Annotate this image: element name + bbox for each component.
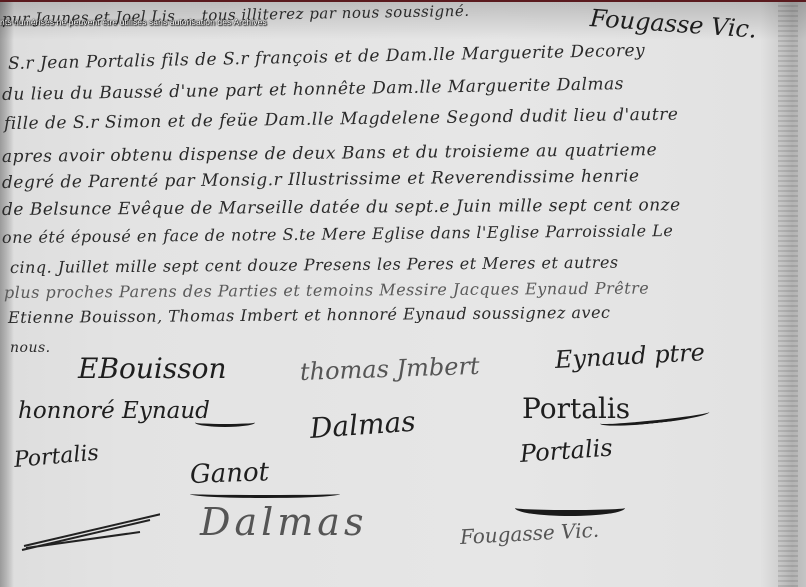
signature-bouisson: EBouisson <box>78 352 227 385</box>
signature-dalmas-1: Dalmas <box>309 405 417 445</box>
text-line-10: Etienne Bouisson, Thomas Imbert et honno… <box>8 303 611 327</box>
flourish-ganot <box>190 490 340 498</box>
signature-dalmas-2: Dalmas <box>200 500 367 544</box>
signature-honnore-eynaud: honnoré Eynaud <box>18 398 210 424</box>
signature-ganot: Ganot <box>189 457 269 490</box>
scanned-register-page[interactable]: pur Jaunes et Joel Lis ... tous illitere… <box>0 0 806 587</box>
text-line-9: plus proches Parens des Parties et temoi… <box>4 278 649 302</box>
text-line-4: apres avoir obtenu dispense de deux Bans… <box>2 140 657 167</box>
signature-imbert: thomas Jmbert <box>300 352 480 386</box>
text-line-7: one été épousé en face de notre S.te Mer… <box>2 221 673 247</box>
signature-fougasse-bottom: Fougasse Vic. <box>459 518 599 549</box>
text-line-3: fille de S.r Simon et de feüe Dam.lle Ma… <box>4 105 679 134</box>
flourish-eynaud <box>195 418 255 427</box>
text-line-8: cinq. Juillet mille sept cent douze Pres… <box>10 253 619 277</box>
copyright-watermark: nts numérisés ne peuvent être utilisés s… <box>0 17 267 27</box>
text-line-11: nous. <box>10 340 51 356</box>
scratch-flourish <box>20 512 160 542</box>
signature-portalis-2: Portalis <box>13 441 100 473</box>
document-viewer[interactable]: pur Jaunes et Joel Lis ... tous illitere… <box>0 0 806 587</box>
viewer-top-bar <box>0 0 806 2</box>
signature-portalis-3: Portalis <box>519 434 613 468</box>
signature-fougasse-top: Fougasse Vic. <box>589 4 758 44</box>
signature-eynaud-pretre: Eynaud ptre <box>554 338 705 374</box>
flourish-portalis-3 <box>515 500 625 516</box>
text-line-5: degré de Parenté par Monsig.r Illustriss… <box>2 166 640 193</box>
text-line-6: de Belsunce Evêque de Marseille datée du… <box>2 195 681 220</box>
text-line-1: S.r Jean Portalis fils de S.r françois e… <box>8 41 646 74</box>
text-line-2: du lieu du Baussé d'une part et honnête … <box>2 74 624 105</box>
